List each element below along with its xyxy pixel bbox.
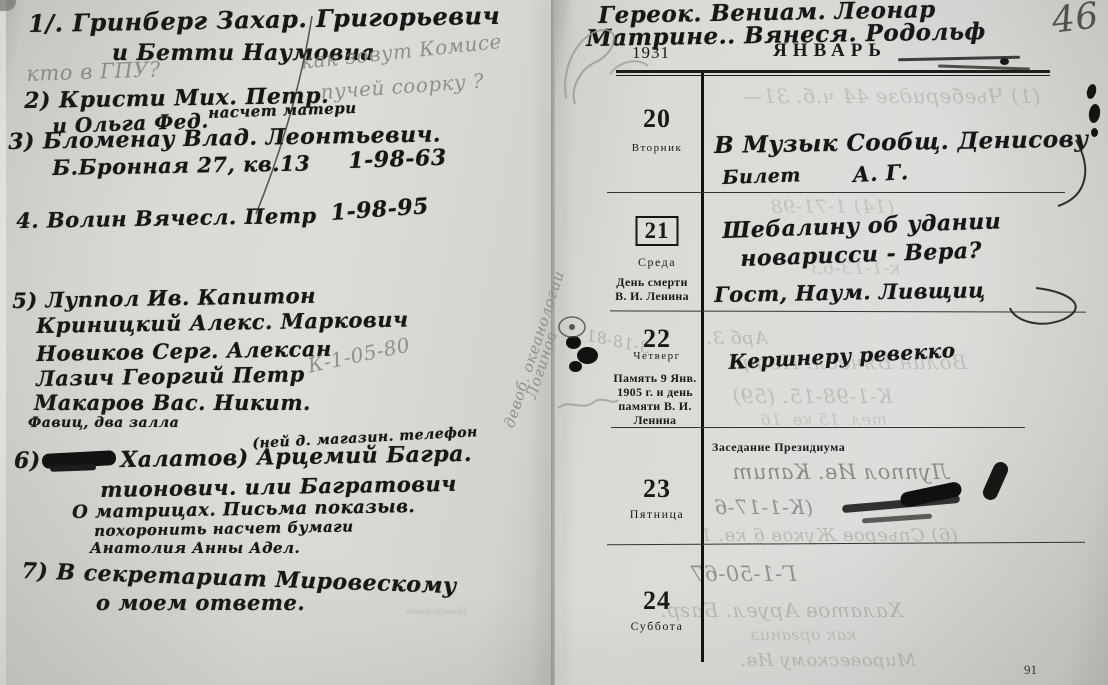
diary-entry-20: В Музык Сообщ. Денисову: [714, 127, 1089, 157]
handwritten-note-line: 5) Луппол Ив. Капитон: [12, 285, 316, 311]
diary-entry-20: Билет: [722, 166, 801, 188]
handwritten-note-line: насчет матери: [208, 101, 357, 121]
handwritten-note-line: Криницкий Алекс. Маркович: [36, 309, 409, 336]
diary-entry-21: новарисси - Вера?: [740, 240, 982, 270]
handwritten-note-line: 1/. Гринберг Захар. Григорьевич: [28, 4, 500, 36]
handwritten-note-line: 1-98-95: [330, 195, 430, 224]
handwritten-note-line: 6): [14, 450, 41, 472]
handwritten-note-line: Анатолия Анны Адел.: [90, 541, 300, 556]
handwritten-note-line: Новиков Серг. Алексан: [36, 338, 332, 364]
handwritten-note-line: Фавиц, два залла: [28, 416, 179, 430]
handwritten-note-line: Макаров Вас. Никит.: [34, 392, 311, 413]
handwriting-layer: 46 1/. Гринберг Захар. Григорьевичи Бетт…: [0, 0, 1108, 685]
pencil-note-line: кто в ГПУ?: [26, 59, 161, 85]
pencil-note-line: как зовут Комисе: [300, 31, 503, 72]
handwritten-note-line: о моем ответе.: [96, 592, 305, 613]
handwritten-header-line: Матрине.. Вянеся. Родольф: [586, 20, 986, 50]
handwritten-note-line: Лазич Георгий Петр: [36, 363, 305, 389]
diary-entry-21: Гост, Наум. Ливщиц: [714, 279, 986, 305]
diary-entry-22: Кершнеру ревекко: [728, 340, 956, 372]
diary-spread-scan: Понедельник16(1) Чьеберидзе 44 ч.б. 31—(…: [0, 0, 1108, 685]
handwritten-note-line: 1-98-63: [348, 147, 447, 172]
diary-entry-20: А. Г.: [852, 161, 909, 185]
handwritten-note-line: Б.Бронная 27, кв.13: [52, 152, 310, 178]
margin-pencil-note: девоб. океанологии: [502, 269, 567, 430]
diary-entry-21: Шебалину об удании: [722, 210, 1002, 242]
pencil-note-line: пучей соорку ?: [320, 71, 485, 102]
handwritten-note-line: похоронить насчет бумаги: [94, 519, 354, 539]
handwritten-corner-number: 46: [1050, 0, 1101, 40]
handwritten-note-line: Халатов) Арцемий Багра.: [120, 443, 472, 471]
handwritten-note-line: 4. Волин Вячесл. Петр: [16, 205, 317, 231]
